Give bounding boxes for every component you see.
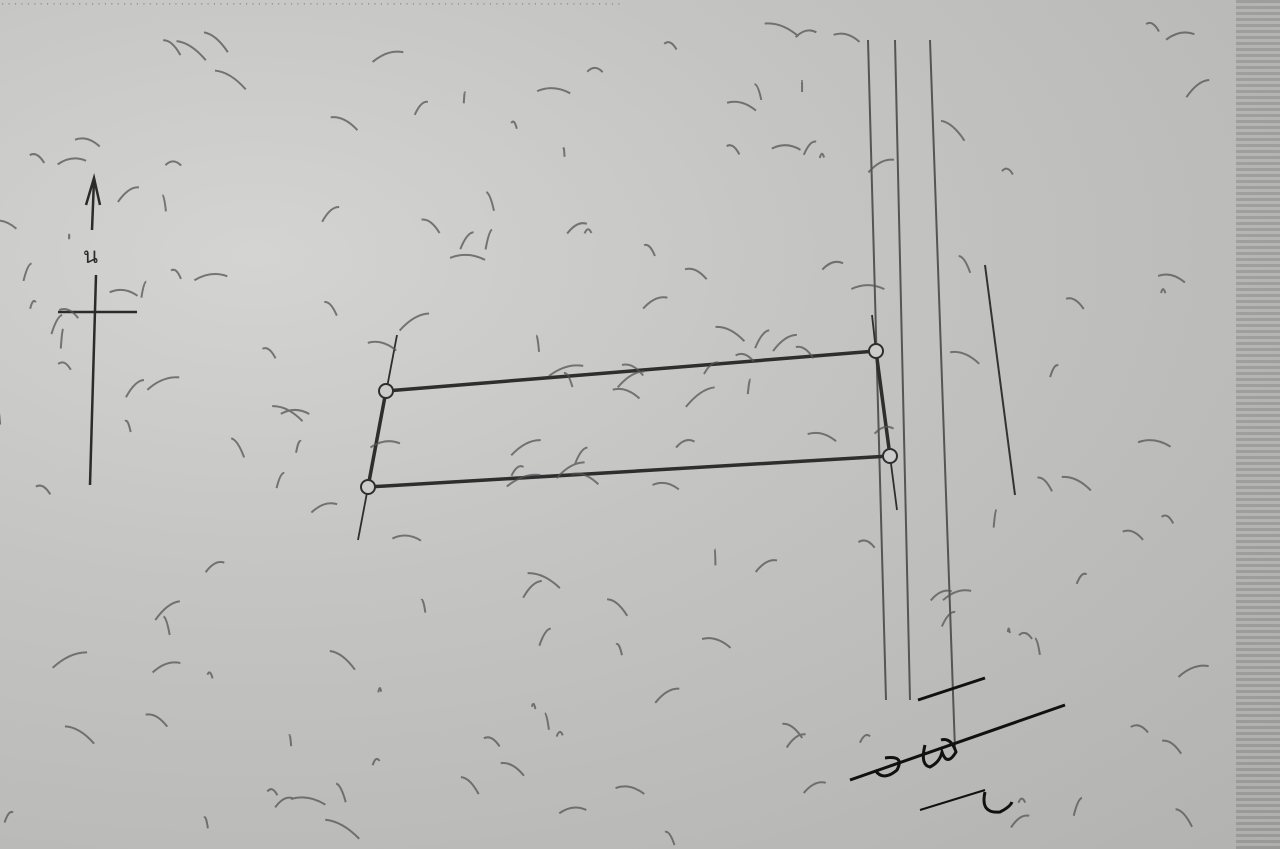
corner-marker-sw bbox=[361, 480, 375, 494]
corner-marker-se bbox=[883, 449, 897, 463]
corner-marker-ne bbox=[869, 344, 883, 358]
road bbox=[868, 40, 1015, 750]
scratch-marks bbox=[0, 23, 1209, 845]
parcel-boundary bbox=[358, 315, 897, 540]
north-label: น bbox=[83, 238, 98, 273]
corner-marker-nw bbox=[379, 384, 393, 398]
map-canvas bbox=[0, 0, 1280, 849]
signature bbox=[850, 678, 1065, 812]
north-arrow-icon bbox=[58, 178, 137, 485]
